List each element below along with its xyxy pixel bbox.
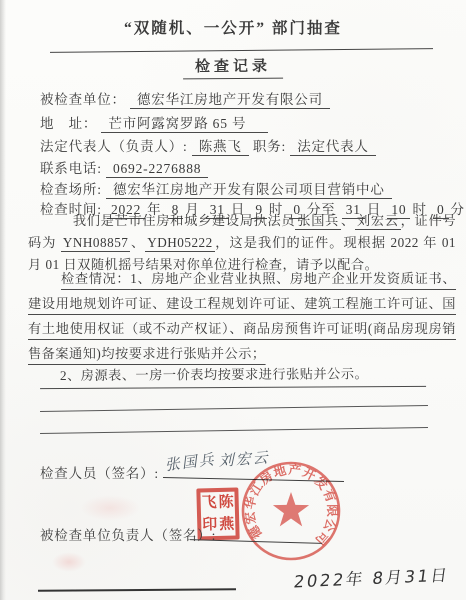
place-value: 德宏华江房地产开发有限公司项目营销中心 bbox=[106, 182, 392, 199]
field-legal-representative: 法定代表人（负责人）: 陈燕飞 职务: 法定代表人 bbox=[40, 135, 376, 155]
findings-item2-line: 2、房源表、一房一价表均按要求进行张贴并公示。 bbox=[40, 363, 426, 389]
phone-value: 0692-2276888 bbox=[106, 161, 208, 178]
scan-edge-shadow bbox=[0, 0, 6, 600]
position-value: 法定代表人 bbox=[290, 139, 376, 156]
address-value: 芒市阿露窝罗路 65 号 bbox=[101, 116, 268, 133]
findings-item2: 2、房源表、一房一价表均按要求进行张贴并公示。 bbox=[60, 366, 368, 383]
document-subtitle: 检查记录 bbox=[0, 55, 466, 79]
subtitle-text: 检查记录 bbox=[183, 55, 283, 80]
unit-responsible-signature-label: 被检查单位负责人（签名）: bbox=[40, 524, 216, 544]
legal-rep-label: 法定代表人（负责人）: bbox=[40, 139, 188, 154]
inspector-signature-label: 检查人员（签名）: bbox=[40, 462, 159, 482]
personal-seal-char-tl: 飞 bbox=[200, 492, 218, 514]
document-title: “双随机、一公开” 部门抽查 bbox=[0, 16, 466, 38]
field-inspection-place: 检查场所: 德宏华江房地产开发有限公司项目营销中心 bbox=[40, 178, 392, 198]
personal-seal-char-br: 燕 bbox=[218, 514, 236, 536]
blank-ruled-line-1 bbox=[40, 405, 428, 412]
inspected-unit-value: 德宏华江房地产开发有限公司 bbox=[130, 92, 330, 109]
certificate1-number: YNH08857 bbox=[61, 235, 131, 252]
place-label: 检查场所: bbox=[40, 182, 102, 197]
findings-label: 检查情况： bbox=[61, 271, 130, 286]
bottom-page-line bbox=[38, 588, 236, 591]
seal-star-icon bbox=[273, 492, 309, 526]
legal-rep-value: 陈燕飞 bbox=[192, 139, 249, 156]
field-inspected-unit: 被检查单位： 德宏华江房地产开发有限公司 bbox=[40, 88, 330, 108]
handwritten-date: 2022年 8月31日 bbox=[292, 562, 451, 593]
findings-paragraph: 检查情况：1、房地产企业营业执照、房地产企业开发资质证书、建设用地规划许可证、建… bbox=[28, 266, 456, 366]
intro-lead: 我们是芒市住房和城乡建设局执法员 bbox=[73, 213, 295, 228]
field-phone: 联系电话: 0692-2276888 bbox=[40, 157, 208, 177]
scanned-inspection-document: “双随机、一公开” 部门抽查 检查记录 被检查单位： 德宏华江房地产开发有限公司… bbox=[0, 0, 466, 600]
inspected-unit-label: 被检查单位： bbox=[40, 92, 126, 107]
inspector-signature-1: 张国兵 bbox=[165, 448, 218, 476]
ink-smudge bbox=[52, 552, 86, 572]
ink-smudge bbox=[80, 495, 140, 521]
company-round-seal: 德宏华江房地产开发有限公司 bbox=[238, 458, 344, 564]
position-label: 职务: bbox=[253, 139, 286, 154]
certificate2-number: YDH05222 bbox=[145, 235, 215, 252]
field-address: 地 址： 芒市阿露窝罗路 65 号 bbox=[40, 112, 268, 132]
inspector1-name: 张国兵 bbox=[295, 213, 341, 230]
inspector2-name: 刘宏云 bbox=[355, 213, 401, 230]
address-label: 地 址： bbox=[40, 116, 97, 131]
blank-ruled-line-2 bbox=[40, 427, 428, 434]
title-divider-line bbox=[50, 48, 433, 53]
phone-label: 联系电话: bbox=[40, 161, 102, 176]
personal-seal-char-tr: 陈 bbox=[217, 492, 235, 514]
intro-comma2: 、 bbox=[130, 235, 145, 250]
intro-comma1: 、 bbox=[341, 213, 355, 228]
